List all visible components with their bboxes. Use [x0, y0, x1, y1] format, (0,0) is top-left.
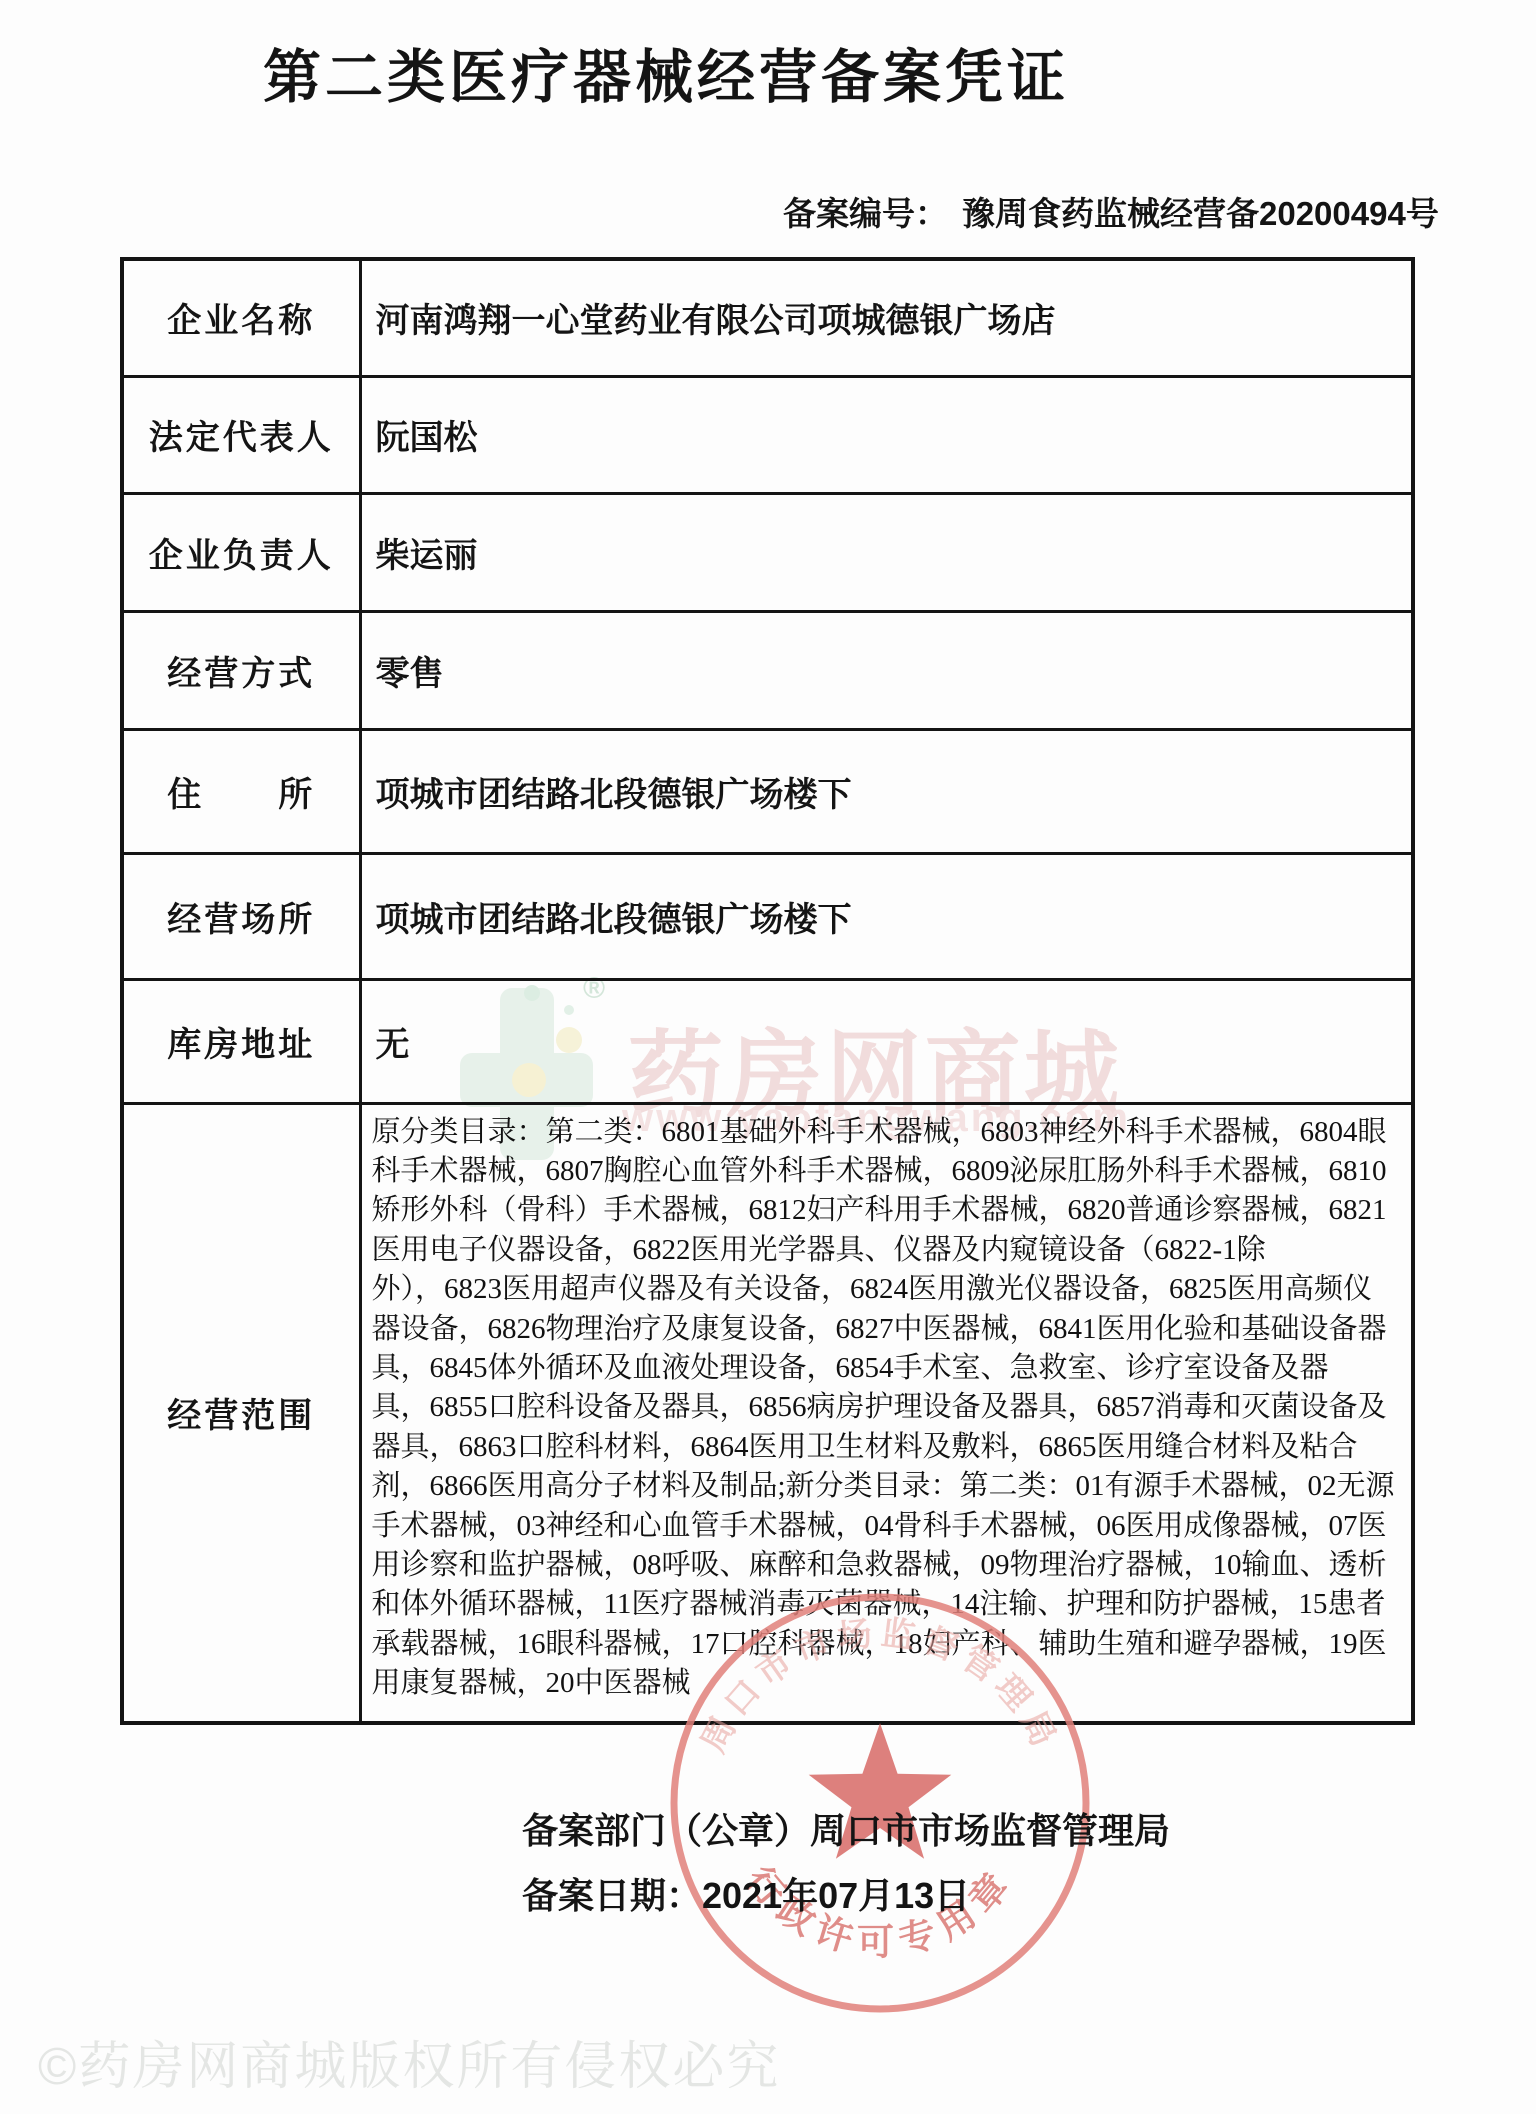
field-label-legal-representative: 法定代表人 [122, 376, 360, 493]
filing-number-line: 备案编号：豫周食药监械经营备20200494号 [783, 188, 1439, 235]
table-row-residence: 住 所 项城市团结路北段德银广场楼下 [122, 729, 1413, 853]
field-label-business-mode: 经营方式 [122, 611, 360, 729]
field-value-residence: 项城市团结路北段德银广场楼下 [360, 729, 1413, 853]
table-row-warehouse-address: 库房地址 无 [122, 979, 1413, 1103]
filing-number-value: 豫周食药监械经营备20200494号 [962, 195, 1439, 232]
field-value-legal-representative: 阮国松 [360, 376, 1413, 493]
field-value-company-name: 河南鸿翔一心堂药业有限公司项城德银广场店 [360, 259, 1413, 376]
table-row-business-premises: 经营场所 项城市团结路北段德银广场楼下 [122, 853, 1413, 979]
field-value-business-mode: 零售 [360, 611, 1413, 729]
certificate-table: 企业名称 河南鸿翔一心堂药业有限公司项城德银广场店 法定代表人 阮国松 企业负责… [120, 257, 1415, 1725]
field-label-business-scope: 经营范围 [122, 1103, 360, 1723]
certificate-page: 第二类医疗器械经营备案凭证 备案编号：豫周食药监械经营备20200494号 ® … [0, 0, 1536, 2114]
field-value-business-premises: 项城市团结路北段德银广场楼下 [360, 853, 1413, 979]
field-value-company-principal: 柴运丽 [360, 493, 1413, 611]
field-value-warehouse-address: 无 [360, 979, 1413, 1103]
table-row-business-mode: 经营方式 零售 [122, 611, 1413, 729]
filing-number-label: 备案编号： [783, 195, 948, 232]
table-row-legal-representative: 法定代表人 阮国松 [122, 376, 1413, 493]
filing-date-line: 备案日期：2021年07月13日 [522, 1868, 970, 1919]
page-title: 第二类医疗器械经营备案凭证 [263, 30, 1069, 114]
table-row-company-principal: 企业负责人 柴运丽 [122, 493, 1413, 611]
table-row-company-name: 企业名称 河南鸿翔一心堂药业有限公司项城德银广场店 [122, 259, 1413, 376]
field-label-business-premises: 经营场所 [122, 853, 360, 979]
filing-department-line: 备案部门（公章）周口市市场监督管理局 [522, 1803, 1170, 1854]
field-label-warehouse-address: 库房地址 [122, 979, 360, 1103]
field-label-residence: 住 所 [122, 729, 360, 853]
field-label-company-name: 企业名称 [122, 259, 360, 376]
field-label-company-principal: 企业负责人 [122, 493, 360, 611]
